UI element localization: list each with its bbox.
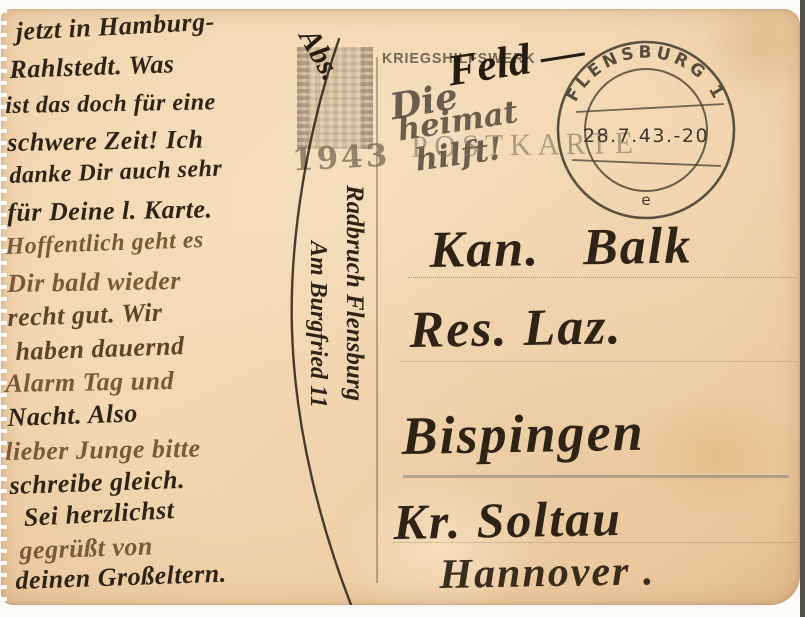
- message-line: für Deine l. Karte.: [7, 194, 213, 228]
- postmark-town-text: FLENSBURG 1: [563, 43, 730, 106]
- address-line-region: Hannover .: [439, 547, 656, 599]
- sender-vertical-block: Radbruch Flensburg Am Burgfried 11: [300, 185, 372, 585]
- message-line: Alarm Tag und: [5, 366, 174, 399]
- postmark-town-arc: FLENSBURG 1: [563, 43, 730, 106]
- postmark-date: 28.7.43.-20: [583, 125, 709, 147]
- address-line-name: Kan. Balk: [429, 216, 693, 280]
- message-line: jetzt in Hamburg-: [15, 9, 216, 47]
- message-line: lieber Junge bitte: [5, 434, 201, 467]
- address-line-unit: Res. Laz.: [409, 297, 623, 360]
- postmark-code-letter: e: [641, 191, 650, 209]
- sender-line-1: Radbruch Flensburg: [336, 185, 372, 585]
- message-line: Dir bald wieder: [7, 266, 181, 299]
- message-line: Nacht. Also: [7, 398, 138, 433]
- message-column: jetzt in Hamburg- Rahlstedt. Was ist das…: [1, 9, 301, 605]
- address-line-town: Bispingen: [401, 401, 645, 467]
- postcard-paper: 1943 KRIEGSHILFSWERK Die heimat hilft! P…: [1, 9, 800, 605]
- message-line: deinen Großeltern.: [15, 559, 227, 596]
- message-line: Sei herzlichst: [23, 495, 175, 533]
- message-line: gegrüßt von: [19, 531, 153, 566]
- scan-edge-shadow: [800, 0, 805, 617]
- message-line: Hoffentlich geht es: [5, 227, 204, 261]
- message-line: Rahlstedt. Was: [9, 49, 175, 85]
- message-line: haben dauernd: [15, 331, 185, 367]
- message-line: ist das doch für eine: [5, 89, 216, 120]
- message-line: danke Dir auch sehr: [9, 156, 223, 190]
- message-line: recht gut. Wir: [7, 298, 163, 333]
- message-line: schwere Zeit! Ich: [7, 125, 204, 158]
- address-line-district: Kr. Soltau: [393, 489, 622, 551]
- postcard-scan: 1943 KRIEGSHILFSWERK Die heimat hilft! P…: [0, 0, 805, 617]
- sender-line-2: Am Burgfried 11: [300, 185, 336, 585]
- postmark-top-chord: [576, 104, 724, 112]
